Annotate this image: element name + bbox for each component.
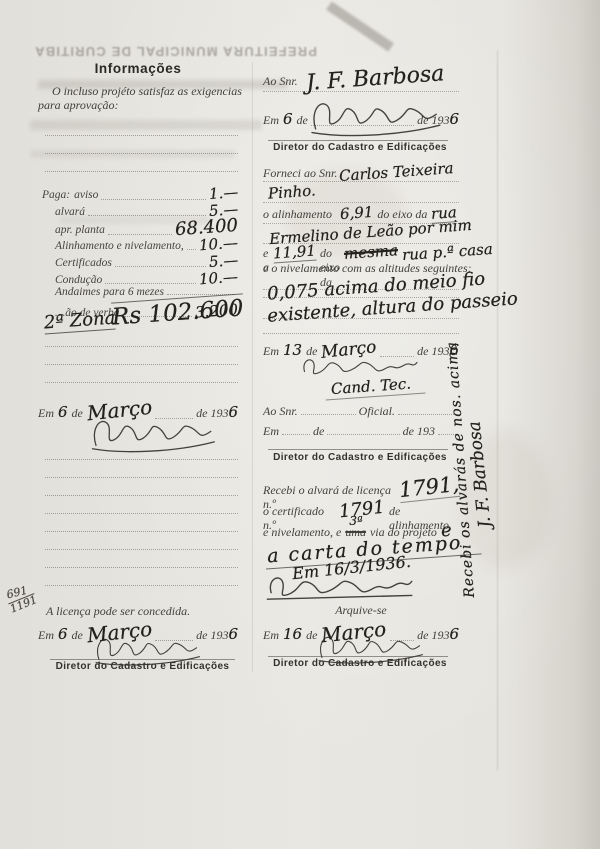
dotted-leader	[88, 215, 206, 216]
alinhamento-value-1: 6,91	[339, 203, 374, 223]
informacoes-header: Informações	[33, 61, 243, 76]
signature-recebi	[263, 572, 418, 602]
dotted-leader	[101, 199, 205, 200]
scanned-document: PREFEITURA MUNICIPAL DE CURITIBA Informa…	[0, 0, 600, 849]
blank-line	[45, 530, 238, 532]
blank-date-line: Em de de 193	[263, 424, 459, 438]
intro-line-2: para aprovação:	[38, 98, 246, 112]
oficial-line: Ao Snr. Oficial.	[263, 404, 459, 418]
dotted-leader	[282, 434, 310, 435]
signature-director-approval	[85, 414, 220, 454]
signature-line	[268, 139, 448, 141]
de-label: de	[72, 406, 83, 420]
day-value: 6	[58, 403, 68, 421]
em-label: Em	[263, 113, 279, 127]
fees-prefix: Paga:	[42, 189, 70, 201]
fee-row-certificados: Certificados 5.—	[55, 252, 238, 270]
forneci-label: Forneci ao Snr.	[263, 166, 337, 180]
zone-note: 2ª Zona	[43, 308, 116, 335]
blank-line	[45, 134, 238, 136]
blank-line	[45, 170, 238, 172]
em-label: Em	[263, 628, 279, 642]
struck-word: mesma	[343, 241, 398, 263]
director-label-bottom-left: Diretor do Cadastro e Edificações	[40, 661, 245, 672]
addressee-name: J. F. Barbosa	[305, 61, 445, 96]
signature-line	[50, 658, 235, 660]
dotted-leader	[327, 434, 399, 435]
blank-line	[45, 584, 238, 586]
blank-line	[263, 332, 459, 334]
year-value: 6	[449, 110, 459, 128]
fee-label: Certificados	[55, 257, 112, 269]
bleed-through-bar	[30, 120, 262, 130]
dotted-leader	[301, 414, 356, 415]
signature-director-top	[300, 96, 450, 138]
forneci-name-1: Carlos Teixeira	[339, 159, 455, 185]
page-crease	[497, 50, 498, 770]
day-value: 6	[283, 110, 293, 128]
informacoes-title: Informações	[95, 61, 182, 76]
blank-line	[45, 363, 238, 365]
ao-snr-label: Ao Snr.	[263, 74, 298, 88]
fee-label: Alinhamento e nivelamento,	[55, 240, 184, 252]
license-granted-note: A licença pode ser concedida.	[46, 604, 190, 618]
fee-label: Condução	[55, 274, 102, 286]
total-text: Rs 102.600	[111, 293, 244, 330]
em-label: Em	[263, 344, 279, 358]
blank-line	[45, 566, 238, 568]
fee-label: Andaimes para 6 mezes	[55, 286, 164, 298]
blank-line	[45, 152, 238, 154]
margin-vertical-note: Recebi os alvarás de nos. acima J. F. Ba…	[452, 238, 490, 598]
blank-line	[45, 381, 238, 383]
year-value: 6	[449, 625, 459, 643]
year-value: 6	[228, 403, 238, 421]
license-number: 1791,	[398, 472, 460, 503]
director-label-top-right: Diretor do Cadastro e Edificações	[260, 142, 460, 153]
fold-mark	[326, 1, 394, 51]
fee-row-alinhamento: Alinhamento e nivelamento, 10.—	[55, 235, 238, 253]
arquive-se-note: Arquive-se	[263, 603, 459, 617]
dotted-leader	[115, 266, 206, 267]
blank-line	[45, 458, 238, 460]
forneci-name-2: Pinho.	[267, 181, 316, 202]
blank-line	[45, 476, 238, 478]
alinhamento-label: o alinhamento	[263, 207, 332, 221]
margin-pencil-note: 691 1191	[6, 583, 39, 613]
em-label: Em	[263, 424, 279, 438]
bleed-through-title: PREFEITURA MUNICIPAL DE CURITIBA	[34, 44, 317, 59]
day-value: 6	[58, 625, 68, 643]
blank-line	[45, 345, 238, 347]
de-label: de	[313, 424, 324, 438]
fee-label: aviso	[74, 189, 98, 201]
year-value: 6	[228, 625, 238, 643]
dotted-leader	[105, 283, 196, 284]
addressee-line: Ao Snr. J. F. Barbosa	[263, 72, 459, 92]
blank-line	[45, 548, 238, 550]
forneci-line: Forneci ao Snr. Carlos Teixeira	[263, 163, 459, 182]
correction-3a: 3ª	[349, 514, 362, 528]
oficial-label: Oficial.	[359, 404, 395, 418]
column-divider	[252, 62, 253, 672]
zone-text: 2ª Zona	[43, 308, 116, 334]
nivelamento-hw-line-2: existente, altura do passeio	[263, 297, 459, 319]
blank-line	[45, 494, 238, 496]
em-label: Em	[38, 406, 54, 420]
signature-line	[268, 655, 448, 657]
blank-line	[45, 512, 238, 514]
signature-line	[268, 448, 448, 450]
street-line: Ermelino de Leão por mim	[263, 223, 459, 244]
director-label-mid-right: Diretor do Cadastro e Edificações	[260, 452, 460, 463]
intro-paragraph: O incluso projéto satisfaz as exigencias…	[38, 84, 246, 113]
forneci-name-2-line: Pinho.	[263, 183, 459, 203]
em-label: Em	[38, 628, 54, 642]
fee-row-conducao: Condução 10.—	[55, 269, 238, 287]
ao-snr-label: Ao Snr.	[263, 404, 298, 418]
dotted-leader	[398, 414, 456, 415]
director-label-bottom-right: Diretor do Cadastro e Edificações	[260, 658, 460, 669]
dotted-leader	[187, 249, 196, 250]
intro-line-1: O incluso projéto satisfaz as exigencias	[38, 84, 246, 98]
de-193-label: de 193	[403, 424, 435, 438]
total-amount: Rs 102.600	[111, 295, 244, 330]
